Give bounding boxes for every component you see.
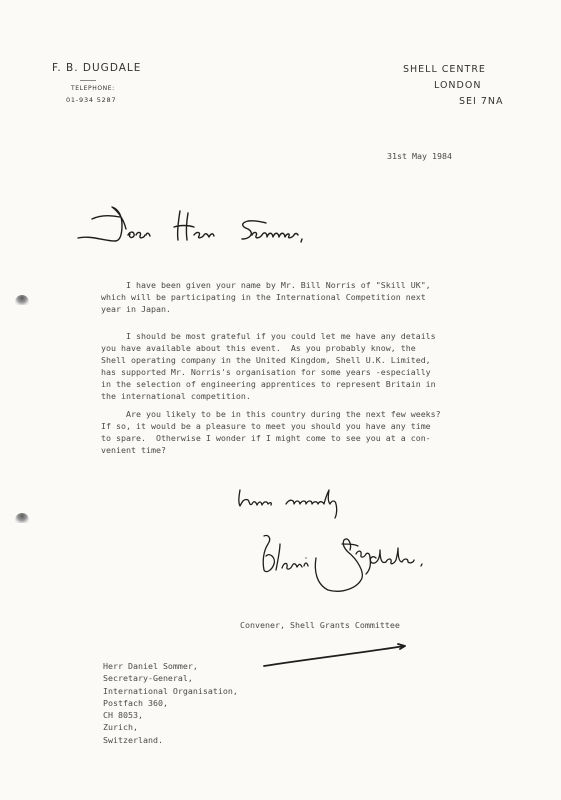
sender-name: F. B. DUGDALE: [52, 62, 141, 74]
addressee-line-5: CH 8053,: [103, 710, 143, 720]
punch-hole-bottom: [15, 513, 29, 523]
sender-address-line-1: SHELL CENTRE: [403, 64, 486, 75]
addressee-block: Herr Daniel Sommer, Secretary-General, I…: [103, 660, 238, 746]
addressee-line-2: Secretary-General,: [103, 673, 193, 683]
telephone-label: TELEPHONE:: [71, 85, 115, 92]
letter-page: F. B. DUGDALE TELEPHONE: 01-934 5287 SHE…: [0, 0, 561, 800]
body-paragraph-1: I have been given your name by Mr. Bill …: [101, 279, 521, 315]
addressee-line-7: Switzerland.: [103, 735, 163, 745]
body-paragraph-3: Are you likely to be in this country dur…: [101, 408, 521, 456]
addressee-line-3: International Organisation,: [103, 686, 238, 696]
addressee-line-1: Herr Daniel Sommer,: [103, 661, 198, 671]
telephone-number: 01-934 5287: [66, 96, 116, 104]
handwritten-valediction: Yours sincerely: [236, 482, 406, 522]
pen-stroke-mark: [262, 640, 412, 670]
letter-date: 31st May 1984: [387, 151, 452, 161]
body-paragraph-2: I should be most grateful if you could l…: [101, 330, 521, 402]
addressee-line-4: Postfach 360,: [103, 698, 168, 708]
signatory-title: Convener, Shell Grants Committee: [240, 620, 400, 630]
handwritten-salutation: Dear Herr Sommer,: [70, 205, 330, 255]
letterhead-divider: [80, 80, 96, 81]
handwritten-signature: David Dugdale: [258, 530, 458, 610]
addressee-line-6: Zurich,: [103, 722, 138, 732]
sender-address-line-2: LONDON: [434, 80, 481, 91]
punch-hole-top: [15, 295, 29, 305]
sender-address-line-3: SEI 7NA: [459, 96, 504, 107]
